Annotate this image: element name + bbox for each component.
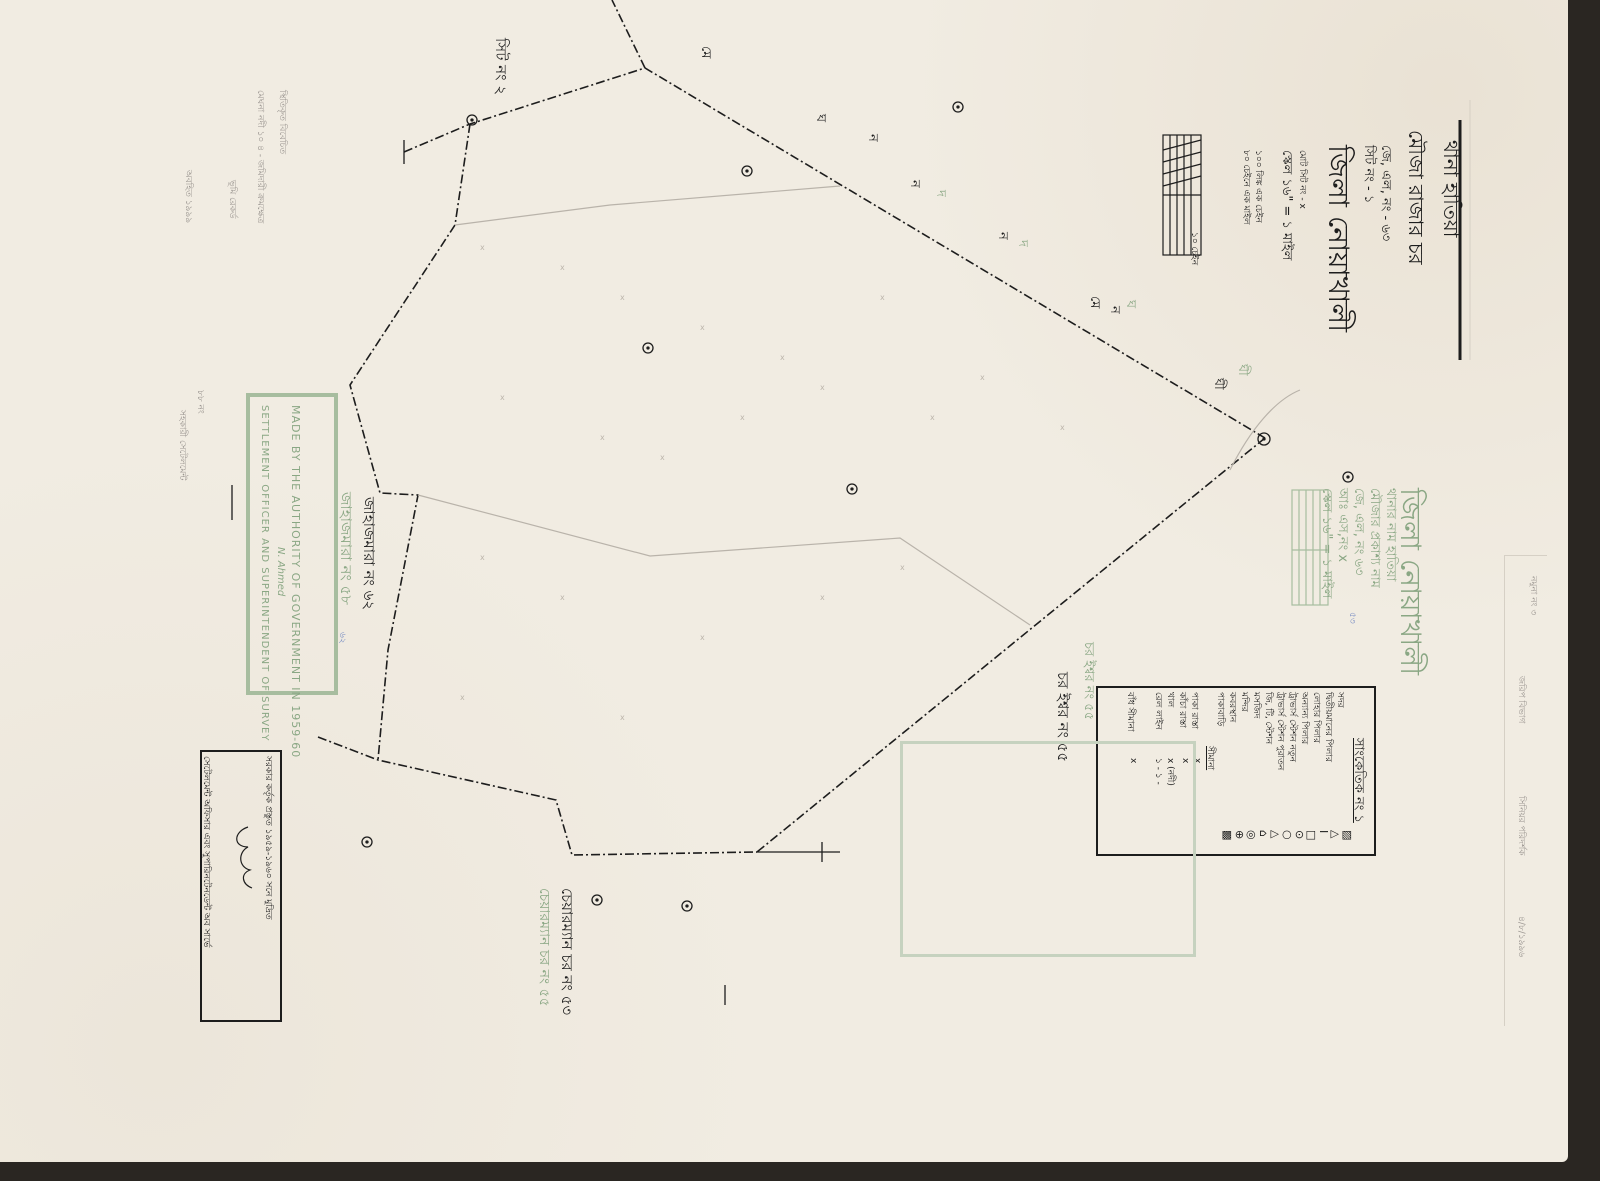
legend-item: পাকাবাড়ি	[1213, 692, 1228, 726]
green-overprint-frame	[900, 741, 1196, 957]
pencil-note: স্থিতিকৃত বিবেচিত	[275, 90, 290, 154]
north-sheet-label: সিট নং ২	[487, 38, 512, 95]
legend-title: সাংকেতিক নং ১	[1347, 738, 1368, 823]
svg-text:x: x	[500, 393, 505, 402]
boundary-item: বাঁধ সীমানা	[1123, 692, 1138, 732]
river-mark: ঘ	[809, 114, 830, 122]
svg-text:x: x	[620, 713, 625, 722]
svg-text:x: x	[480, 553, 485, 562]
mouza-label: মৌজা রাজার চর	[1397, 130, 1430, 265]
north-spur	[612, 0, 645, 68]
svg-text:x: x	[1060, 423, 1065, 432]
svg-text:x: x	[620, 293, 625, 302]
legend-symbol-icon: ▩	[1221, 830, 1234, 840]
legend-symbol-icon: △	[1329, 830, 1342, 838]
svg-text:x: x	[880, 293, 885, 302]
river-mark: ঘী	[1207, 378, 1228, 390]
svg-text:x: x	[700, 633, 705, 642]
strip-note: সিনিয়র পরিদর্শক	[1514, 796, 1529, 856]
west-handwritten: ৬২	[335, 632, 350, 644]
southeast-neighbor-label: চর ইশ্বর নং ৫৫	[1049, 672, 1074, 762]
strip-note: ৪/৮/১৯৯৬	[1514, 916, 1529, 957]
green-handwritten-number: ৫৩	[1345, 612, 1360, 624]
authority-stamp: MADE BY THE AUTHORITY OF GOVERNMENT IN 1…	[246, 393, 338, 695]
west-neighbor-label: জাহাজমারা নং ৬২	[355, 497, 380, 610]
svg-text:x: x	[660, 453, 665, 462]
annotation-strip: নমুনা নং ৩ জরিপ বিভাগ সিনিয়র পরিদর্শক ৪…	[1504, 555, 1547, 1026]
svg-text:x: x	[600, 433, 605, 442]
scale-bar-end: ১০ চেইন	[1187, 232, 1202, 265]
pencil-note: অবহিত ১৯৯৯	[181, 170, 196, 223]
stamp-line-2: SETTLEMENT OFFICER AND SUPERINTENDENT OF…	[259, 405, 270, 742]
signature-icon	[228, 822, 262, 892]
svg-text:x: x	[560, 263, 565, 272]
river-mark: দ	[929, 190, 950, 197]
thana-label: থানা হাতিয়া	[1432, 140, 1465, 237]
legend-symbol-icon: ◎	[1245, 830, 1258, 840]
sheet-number: সিট নং - ১	[1357, 145, 1378, 203]
south-neighbor-label: চেয়ারম্যান চর নং ৫৩	[553, 888, 578, 1015]
svg-text:x: x	[980, 373, 985, 382]
legend-symbol-icon: ▨	[1341, 830, 1354, 840]
legend-symbol-icon: □	[1305, 830, 1318, 840]
legend-symbol-icon: ⊕	[1233, 830, 1246, 839]
legend-symbol-icon: ⌂	[1257, 830, 1270, 837]
west-boundary	[350, 124, 470, 760]
svg-text:x: x	[780, 353, 785, 362]
svg-text:x: x	[820, 383, 825, 392]
legend-symbol-icon: ○	[1281, 830, 1294, 840]
svg-text:x: x	[560, 593, 565, 602]
pencil-note: সহকারী সেটেলমেন্ট	[175, 410, 190, 480]
north-boundary	[404, 68, 1265, 438]
strip-note: জরিপ বিভাগ	[1514, 676, 1529, 723]
svg-text:x: x	[900, 563, 905, 572]
river-mark: ঘ	[1119, 300, 1140, 308]
boundary-title: সীমানা	[1203, 746, 1218, 770]
certification-line-2: সেটেলমেন্ট অফিসার এবং সুপারিনটেনডেন্ট অব…	[199, 756, 214, 947]
pencil-note: ভূমি রেকর্ড	[225, 180, 240, 219]
river-mark: দ	[1011, 240, 1032, 247]
svg-text:x: x	[700, 323, 705, 332]
west-neighbor-green-label: জাহাজমারা নং ৫৮	[332, 492, 357, 605]
stamp-line-1: MADE BY THE AUTHORITY OF GOVERNMENT IN 1…	[289, 405, 302, 758]
pencil-note: মেঘনা নদী ১০ ৪ - জমিদারী ক্রমক্ষেত্র	[253, 90, 268, 223]
strip-note: নমুনা নং ৩	[1526, 576, 1541, 615]
river-mark: ঘী	[1231, 364, 1252, 376]
south-neighbor-green-label: চেয়ারম্যান চর নং ৫৫	[532, 888, 556, 1007]
legend-symbol-icon: I	[1317, 830, 1330, 833]
south-boundary	[318, 737, 757, 855]
sheet-count: মোট সিট নং - x	[1295, 150, 1310, 209]
svg-text:x: x	[460, 693, 465, 702]
green-scale: স্কেল ১৬" = ১ মাইল	[1315, 488, 1336, 599]
legend-symbol-icon: △	[1269, 830, 1282, 838]
scale-note-chains: ৮০ চেইনে এক মাইল	[1239, 150, 1254, 225]
svg-text:x: x	[480, 243, 485, 252]
legend-symbol-icon: ⊙	[1293, 830, 1306, 839]
certification-line-1: সরকার কর্তৃক প্রস্তুত ১৯৫৯-১৯৬০ সনে মুদ্…	[261, 756, 276, 920]
svg-text:x: x	[740, 413, 745, 422]
scale-label: স্কেল ১৬" = ১ মাইল	[1275, 150, 1296, 261]
district-label: জিলা নোয়াখালী	[1313, 145, 1360, 332]
southeast-neighbor-green-label: চর ইশ্বর নং ৫৫	[1077, 642, 1098, 720]
river-mark: মে	[1083, 296, 1104, 309]
river-mark: মে	[694, 46, 715, 59]
svg-text:x: x	[930, 413, 935, 422]
river-mark: ন	[903, 180, 924, 188]
svg-text:x: x	[820, 593, 825, 602]
river-mark: ন	[861, 134, 882, 142]
certification-box: সরকার কর্তৃক প্রস্তুত ১৯৫৯-১৯৬০ সনে মুদ্…	[200, 750, 282, 1022]
stamp-signature: N. Ahmed	[275, 547, 286, 596]
pencil-note: ৮৮ নং	[193, 390, 208, 414]
boundary-item: রেল লাইন	[1151, 692, 1166, 730]
river-mark: ন	[991, 232, 1012, 240]
